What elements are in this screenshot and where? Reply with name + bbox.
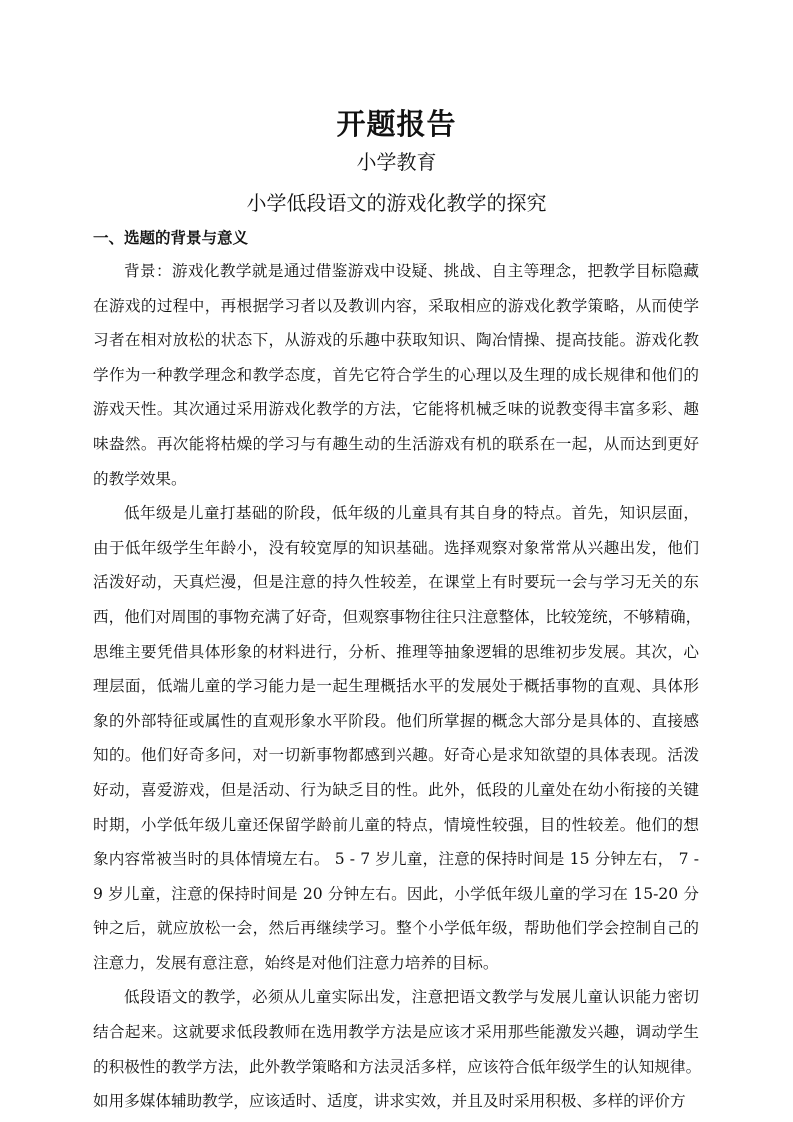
text-line: 时期，小学低年级儿童还保留学龄前儿童的特点，情境性较强，目的性较差。他们的想 <box>93 812 699 847</box>
text-line: 背景：游戏化教学就是通过借鉴游戏中设疑、挑战、自主等理念，把教学目标隐藏 <box>93 258 699 293</box>
text-line: 活泼好动，天真烂漫，但是注意的持久性较差，在课堂上有时要玩一会与学习无关的东 <box>93 569 699 604</box>
text-line: 结合起来。这就要求低段教师在选用教学方法是应该才采用那些能激发兴趣，调动学生 <box>93 1019 699 1054</box>
text-line: 的积极性的教学方法，此外教学策略和方法灵活多样，应该符合低年级学生的认知规律。 <box>93 1054 699 1089</box>
text-line: 思维主要凭借具体形象的材料进行，分析、推理等抽象逻辑的思维初步发展。其次，心 <box>93 639 699 674</box>
paragraph: 低段语文的教学，必须从儿童实际出发，注意把语文教学与发展儿童认识能力密切结合起来… <box>93 984 699 1122</box>
paragraph: 背景：游戏化教学就是通过借鉴游戏中设疑、挑战、自主等理念，把教学目标隐藏在游戏的… <box>93 258 699 500</box>
text-line: 知的。他们好奇多问，对一切新事物都感到兴趣。好奇心是求知欲望的具体表现。活泼 <box>93 742 699 777</box>
text-line: 低年级是儿童打基础的阶段，低年级的儿童具有其自身的特点。首先，知识层面， <box>93 500 699 535</box>
text-line: 钟之后，就应放松一会，然后再继续学习。整个小学低年级，帮助他们学会控制自己的 <box>93 915 699 950</box>
text-line: 习者在相对放松的状态下，从游戏的乐趣中获取知识、陶冶情操、提高技能。游戏化教 <box>93 327 699 362</box>
thesis-topic: 小学低段语文的游戏化教学的探究 <box>0 187 793 216</box>
paragraph: 低年级是儿童打基础的阶段，低年级的儿童具有其自身的特点。首先，知识层面，由于低年… <box>93 500 699 984</box>
text-line: 如用多媒体辅助教学，应该适时、适度，讲求实效，并且及时采用积极、多样的评价方 <box>93 1088 699 1122</box>
text-line: 西，他们对周围的事物充满了好奇，但观察事物往往只注意整体，比较笼统，不够精确， <box>93 604 699 639</box>
section-heading: 一、选题的背景与意义 <box>93 226 248 248</box>
report-title: 开题报告 <box>0 102 793 143</box>
document-page: 开题报告 小学教育 小学低段语文的游戏化教学的探究 一、选题的背景与意义 背景：… <box>0 0 793 1122</box>
text-line: 注意力，发展有意注意，始终是对他们注意力培养的目标。 <box>93 950 699 985</box>
text-line: 味盎然。再次能将枯燥的学习与有趣生动的生活游戏有机的联系在一起，从而达到更好 <box>93 431 699 466</box>
text-line: 在游戏的过程中，再根据学习者以及教训内容，采取相应的游戏化教学策略，从而使学 <box>93 293 699 328</box>
text-line: 学作为一种教学理念和教学态度，首先它符合学生的心理以及生理的成长规律和他们的 <box>93 362 699 397</box>
text-line: 象内容常被当时的具体情境左右。 5 - 7 岁儿童，注意的保持时间是 15 分钟… <box>93 846 699 881</box>
major-subtitle: 小学教育 <box>0 146 793 175</box>
text-line: 象的外部特征或属性的直观形象水平阶段。他们所掌握的概念大部分是具体的、直接感 <box>93 708 699 743</box>
text-line: 低段语文的教学，必须从儿童实际出发，注意把语文教学与发展儿童认识能力密切 <box>93 984 699 1019</box>
text-line: 由于低年级学生年龄小，没有较宽厚的知识基础。选择观察对象常常从兴趣出发，他们 <box>93 535 699 570</box>
text-line: 理层面，低端儿童的学习能力是一起生理概括水平的发展处于概括事物的直观、具体形 <box>93 673 699 708</box>
text-line: 9 岁儿童，注意的保持时间是 20 分钟左右。因此，小学低年级儿童的学习在 15… <box>93 881 699 916</box>
text-line: 的教学效果。 <box>93 466 699 501</box>
section-body: 背景：游戏化教学就是通过借鉴游戏中设疑、挑战、自主等理念，把教学目标隐藏在游戏的… <box>93 258 699 1122</box>
text-line: 游戏天性。其次通过采用游戏化教学的方法，它能将机械乏味的说教变得丰富多彩、趣 <box>93 396 699 431</box>
text-line: 好动，喜爱游戏，但是活动、行为缺乏目的性。此外，低段的儿童处在幼小衔接的关键 <box>93 777 699 812</box>
